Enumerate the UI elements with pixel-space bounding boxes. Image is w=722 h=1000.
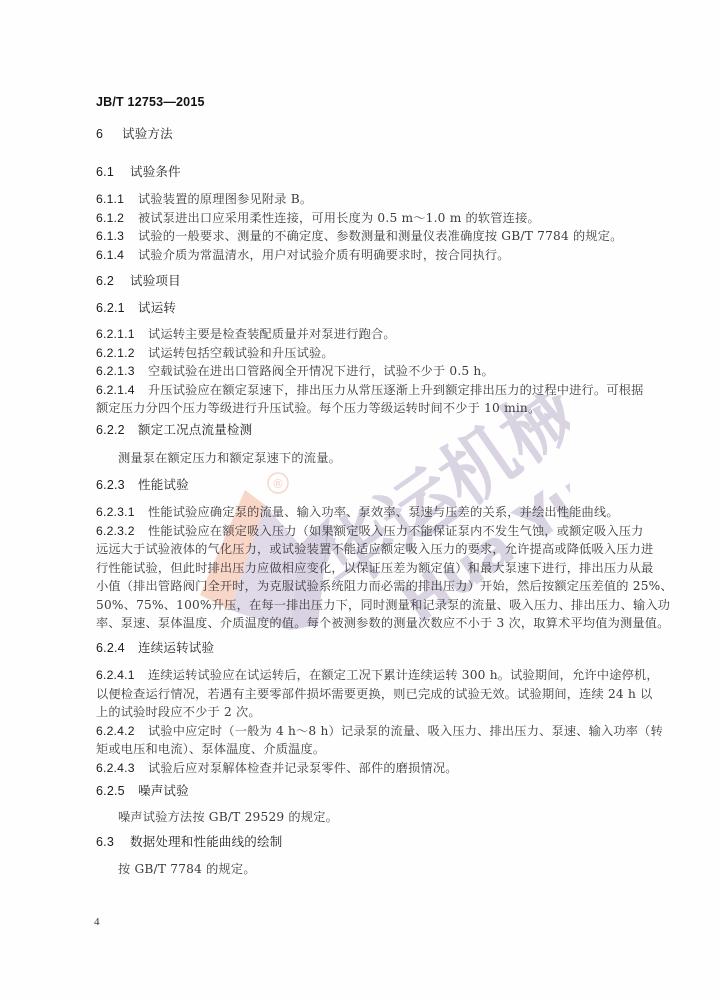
section-6-heading: 6试验方法 xyxy=(96,125,630,144)
section-6-2-4-heading: 6.2.4连续运转试验 xyxy=(96,639,630,658)
clause-6-2-4-2-line2: 矩或电压和电流）、泵体温度、介质温度。 xyxy=(96,740,630,759)
clause-6-2-3-2-line3: 行性能试验，但此时排出压力应做相应变化，以保证压差为额定值）和最大泵速下进行，排… xyxy=(96,559,630,578)
clause-6-2-3-2-line5: 50%、75%、100%升压，在每一排出压力下，同时测量和记录泵的流量、吸入压力… xyxy=(96,596,630,615)
clause-6-1-2: 6.1.2被试泵进出口应采用柔性连接，可用长度为 0.5 m～1.0 m 的软管… xyxy=(96,209,630,228)
clause-6-1-4: 6.1.4试验介质为常温清水，用户对试验介质有明确要求时，按合同执行。 xyxy=(96,246,630,265)
clause-6-2-4-3: 6.2.4.3试验后应对泵解体检查并记录泵零件、部件的磨损情况。 xyxy=(96,759,630,778)
clause-6-2-4-1-line2: 以便检查运行情况，若遇有主要零部件损坏需要更换，则已完成的试验无效。试验期间，连… xyxy=(96,685,630,704)
section-6-2-5-heading: 6.2.5噪声试验 xyxy=(96,782,630,801)
clause-6-2-1-2: 6.2.1.2试运转包括空载试验和升压试验。 xyxy=(96,344,630,363)
clause-6-2-3-2-line1: 6.2.3.2性能试验应在额定吸入压力（如果额定吸入压力不能保证泵内不发生气蚀，… xyxy=(96,522,630,541)
clause-6-2-4-1-line3: 上的试验时段应不少于 2 次。 xyxy=(96,703,630,722)
clause-6-2-3-1: 6.2.3.1性能试验应确定泵的流量、输入功率、泵效率、泵速与压差的关系，并绘出… xyxy=(96,503,630,522)
clause-6-2-1-1: 6.2.1.1试运转主要是检查装配质量并对泵进行跑合。 xyxy=(96,325,630,344)
clause-6-1-1: 6.1.1试验装置的原理图参见附录 B。 xyxy=(96,190,630,209)
clause-6-2-1-4-line1: 6.2.1.4升压试验应在额定泵速下，排出压力从常压逐渐上升到额定排出压力的过程… xyxy=(96,381,630,400)
page-number: 4 xyxy=(94,916,100,928)
section-6-3-heading: 6.3数据处理和性能曲线的绘制 xyxy=(96,833,630,852)
clause-6-2-3-2-line6: 率、泵速、泵体温度、介质温度的值。每个被测参数的测量次数应不小于 3 次，取算术… xyxy=(96,614,630,633)
clause-6-1-3: 6.1.3试验的一般要求、测量的不确定度、参数测量和测量仪表准确度按 GB/T … xyxy=(96,227,630,246)
clause-6-2-1-3: 6.2.1.3空载试验在进出口管路阀全开情况下进行，试验不少于 0.5 h。 xyxy=(96,362,630,381)
section-6-2-3-heading: 6.2.3性能试验 xyxy=(96,476,630,495)
clause-6-2-3-2-line2: 远远大于试验液体的气化压力，或试验装置不能适应额定吸入压力的要求，允许提高或降低… xyxy=(96,540,630,559)
section-6-2-2-text: 测量泵在额定压力和额定泵速下的流量。 xyxy=(118,449,652,468)
section-6-1-heading: 6.1试验条件 xyxy=(96,163,630,182)
clause-6-2-4-2-line1: 6.2.4.2试验中应定时（一般为 4 h～8 h）记录泵的流量、吸入压力、排出… xyxy=(96,722,630,741)
standard-code-header: JB/T 12753—2015 xyxy=(96,93,630,112)
document-page: ® 华运机械 Hua Yun JB/T 12753—2015 6试验方法 6.1… xyxy=(0,0,722,1000)
clause-6-2-4-1-line1: 6.2.4.1连续运转试验应在试运转后，在额定工况下累计连续运转 300 h。试… xyxy=(96,666,630,685)
clause-6-2-1-4-line2: 额定压力分四个压力等级进行升压试验。每个压力等级运转时间不少于 10 min。 xyxy=(96,399,630,418)
section-6-3-text: 按 GB/T 7784 的规定。 xyxy=(118,860,652,879)
section-6-2-1-heading: 6.2.1试运转 xyxy=(96,299,630,318)
section-6-2-5-text: 噪声试验方法按 GB/T 29529 的规定。 xyxy=(118,808,652,827)
section-6-2-heading: 6.2试验项目 xyxy=(96,272,630,291)
clause-6-2-3-2-line4: 小值（排出管路阀门全开时，为克服试验系统阻力而必需的排出压力）开始，然后按额定压… xyxy=(96,577,630,596)
section-6-2-2-heading: 6.2.2额定工况点流量检测 xyxy=(96,421,630,440)
